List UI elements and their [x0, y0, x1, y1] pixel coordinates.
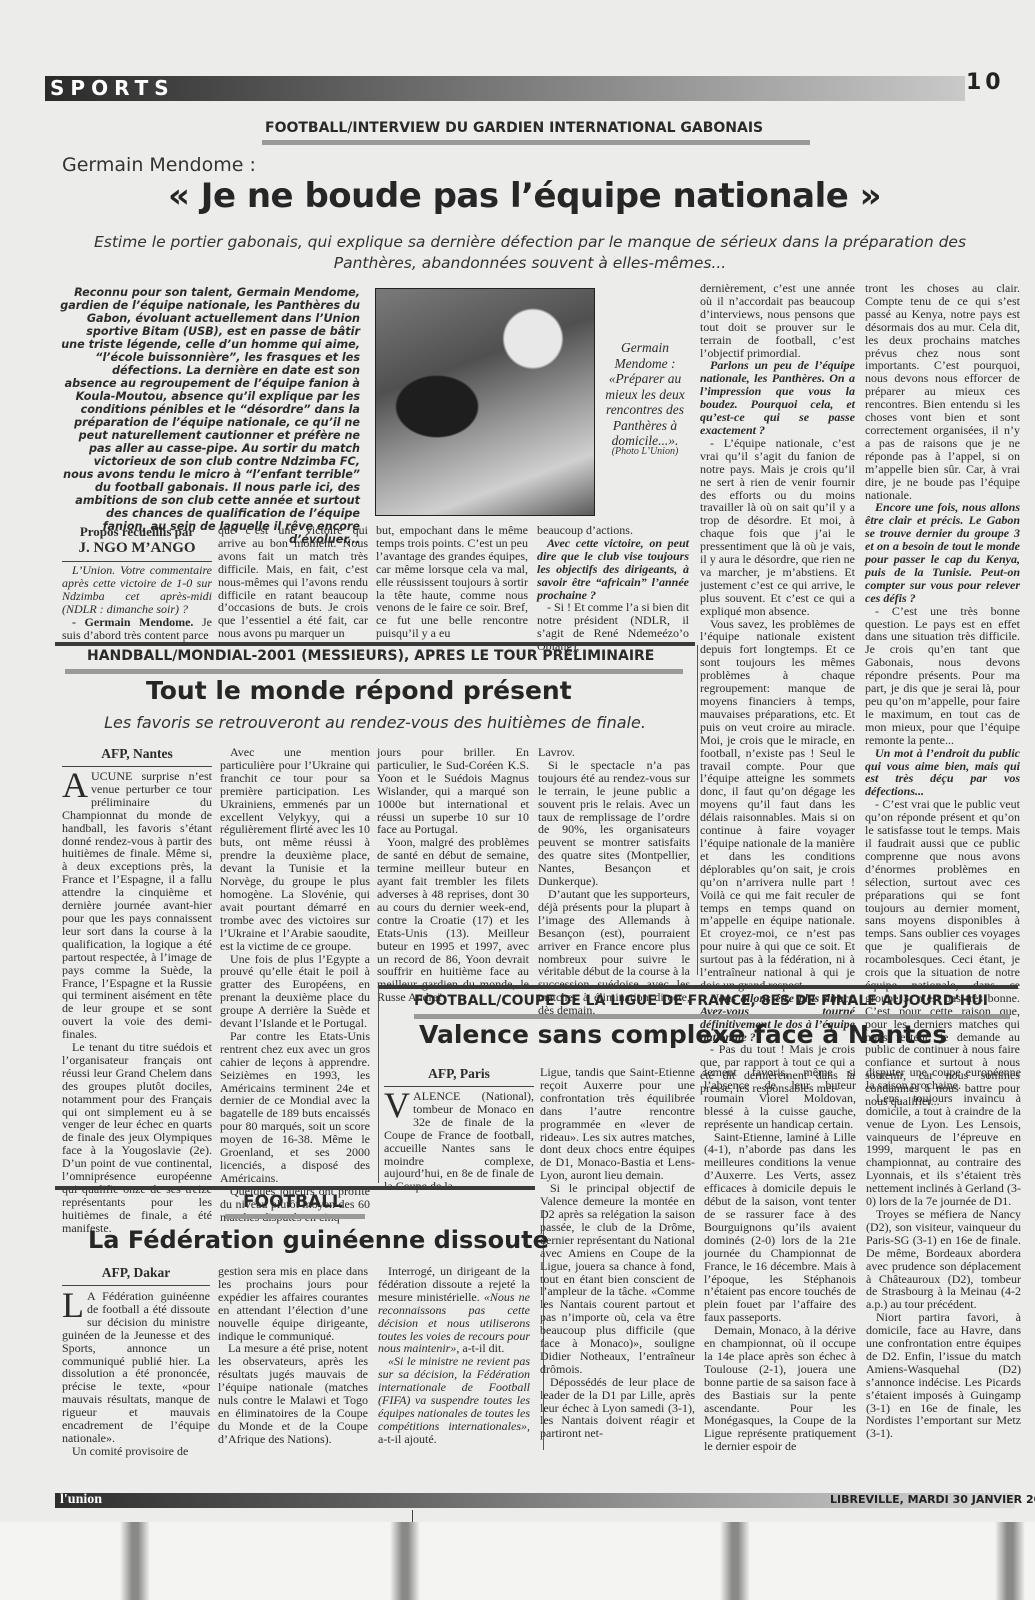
article3-column-2: Ligue, tandis que Saint-Etienne reçoit A…	[540, 1066, 695, 1440]
paragraph: gestion sera mis en place dans les proch…	[218, 1265, 368, 1342]
section-label: SPORTS	[50, 76, 175, 101]
article4-kicker-rule	[225, 1214, 365, 1219]
paragraph: UCUNE surprise n’est venue perturber ce …	[62, 769, 212, 1041]
interview-question: Avec cette victoire, on peut dire que le…	[537, 537, 689, 602]
paragraph: Demain, Monaco, à la dérive en championn…	[704, 1324, 856, 1453]
paragraph: Niort partira favori, à domicile, face a…	[866, 1311, 1021, 1440]
scanner-stripe	[390, 1522, 420, 1600]
article4-column-3: Interrogé, un dirigeant de la fédération…	[378, 1265, 530, 1446]
paragraph: Troyes se méfiera de Nancy (D2), son vis…	[866, 1208, 1021, 1311]
paragraph: Dépossédés de leur place de leader de la…	[540, 1376, 695, 1441]
article2-deck: Les favoris se retrouveront au rendez-vo…	[95, 713, 655, 732]
article1-column-4: beaucoup d’actions. Avec cette victoire,…	[537, 524, 689, 653]
article1-byline: Propos recueillis par J. NGO M’ANGO	[62, 524, 212, 562]
dropcap: L	[62, 1291, 84, 1319]
article1-chapo: Reconnu pour son talent, Germain Mendome…	[60, 286, 360, 546]
article2-top-rule	[55, 642, 695, 646]
paragraph: que c’est une victoire qui arrive au bon…	[218, 524, 368, 640]
paragraph: Un comité provisoire de	[62, 1445, 210, 1458]
article3-column-1: VALENCE (National), tombeur de Monaco en…	[384, 1090, 534, 1193]
interview-question: Un mot à l’endroit du public qui vous ai…	[865, 747, 1020, 799]
paragraph-end: , a-t-il dit.	[456, 1341, 504, 1355]
paragraph: Par contre les Etats-Unis rentrent chez …	[220, 1030, 370, 1185]
article1-headline: « Je ne boude pas l’équipe nationale »	[168, 176, 881, 216]
paragraph: Yoon, malgré des problèmes de santé en d…	[377, 836, 529, 1004]
page-number: 10	[966, 70, 1005, 95]
article3-column-4: disputer une coupe européenne la saison …	[866, 1066, 1021, 1440]
quote: «Si le ministre ne revient pas sur sa dé…	[378, 1354, 530, 1433]
paragraph: Vous savez, les problèmes de l’équipe na…	[700, 618, 855, 992]
paragraph: Si le principal objectif de Valence deme…	[540, 1182, 695, 1376]
article4-column-1: LA Fédération guinéenne de football a ét…	[62, 1290, 210, 1458]
paragraph: but, empochant dans le même temps trois …	[376, 524, 528, 640]
interview-question: Encore une fois, nous allons être clair …	[865, 501, 1020, 604]
article4-top-rule	[55, 1186, 535, 1190]
paragraph: beaucoup d’actions.	[537, 524, 689, 537]
article2-byline: AFP, Nantes	[62, 746, 212, 767]
article4-headline: La Fédération guinéenne dissoute	[88, 1226, 549, 1254]
article2-column-4: Lavrov. Si le spectacle n’a pas toujours…	[538, 746, 690, 1017]
paragraph: Avec une mention particulière pour l’Ukr…	[220, 746, 370, 953]
interview-question: Parlons un peu de l’équipe nationale, le…	[700, 359, 855, 436]
scanner-bed	[0, 1522, 1035, 1600]
article1-kicker-rule	[262, 140, 810, 145]
article1-deck: Estime le portier gabonais, qui explique…	[85, 232, 975, 274]
interview-answer: - C’est vrai que le public veut qu’on ré…	[865, 798, 1020, 1108]
newspaper-page: SPORTS 10 FOOTBALL/INTERVIEW DU GARDIEN …	[0, 0, 1035, 1525]
article2-column-2: Avec une mention particulière pour l’Ukr…	[220, 746, 370, 1224]
paragraph: dernièrement, c’est une année où il n’ac…	[700, 282, 855, 359]
article3-headline: Valence sans complexe face à Nantes	[419, 1020, 947, 1049]
byline-name: J. NGO M’ANGO	[62, 540, 212, 557]
article2-column-3: jours pour briller. En particulier, le S…	[377, 746, 529, 1004]
article4-column-2: gestion sera mis en place dans les proch…	[218, 1265, 368, 1446]
paragraph: La mesure a été prise, notent les observ…	[218, 1342, 368, 1445]
column-divider	[378, 988, 379, 1183]
article3-kicker: FOOTBALL/COUPE DE LA LIGUE DE FRANCE, 8E…	[414, 993, 988, 1009]
article4-kicker: FOOTBALL	[243, 1192, 343, 1212]
dropcap: A	[62, 771, 88, 799]
article2-headline: Tout le monde répond présent	[146, 676, 572, 705]
article3-kicker-rule	[414, 1014, 1010, 1019]
interview-question: L’Union. Votre commentaire après cette v…	[62, 564, 212, 616]
paragraph: Saint-Etienne, laminé à Lille (4-1), n’a…	[704, 1131, 856, 1325]
interview-answer: - C’est une très bonne question. Le pays…	[865, 605, 1020, 747]
article2-column-1: AUCUNE surprise n’est venue perturber ce…	[62, 770, 212, 1235]
article1-column-1: L’Union. Votre commentaire après cette v…	[62, 564, 212, 641]
scanner-stripe	[995, 1522, 1025, 1600]
article4-byline: AFP, Dakar	[62, 1265, 210, 1286]
article2-kicker-rule	[65, 669, 683, 674]
paragraph: tement favoris, même si l’absence de leu…	[704, 1066, 856, 1131]
article1-kicker: FOOTBALL/INTERVIEW DU GARDIEN INTERNATIO…	[265, 120, 763, 136]
section-header-band	[45, 76, 965, 101]
byline-prefix: Propos recueillis par	[62, 524, 212, 540]
scanner-stripe	[120, 1522, 150, 1600]
article1-column-3: but, empochant dans le même temps trois …	[376, 524, 528, 640]
photo-caption: Germain Mendome : «Préparer au mieux les…	[600, 340, 690, 449]
speaker-label: - Germain Mendome.	[72, 615, 193, 629]
article1-pretitle: Germain Mendome :	[62, 154, 256, 176]
paragraph: Si le spectacle n’a pas toujours été au …	[538, 759, 690, 888]
article3-byline: AFP, Paris	[384, 1066, 534, 1087]
goalkeeper-photo	[375, 288, 595, 516]
dropcap: V	[384, 1091, 410, 1119]
paragraph: Lens, toujours invaincu à domicile, a to…	[866, 1092, 1021, 1208]
photo-credit: (Photo L’Union)	[600, 446, 690, 457]
paragraph: Le tenant du titre suédois et l’organisa…	[62, 1041, 212, 1235]
article1-column-5: dernièrement, c’est une année où il n’ac…	[700, 282, 855, 1095]
paragraph: jours pour briller. En particulier, le S…	[377, 746, 529, 836]
interview-answer: - L’équipe nationale, c’est vrai qu’il s…	[700, 437, 855, 618]
article3-column-3: tement favoris, même si l’absence de leu…	[704, 1066, 856, 1453]
footer-dateline: LIBREVILLE, MARDI 30 JANVIER 2001	[830, 1493, 1035, 1506]
paragraph: Ligue, tandis que Saint-Etienne reçoit A…	[540, 1066, 695, 1182]
paragraph: disputer une coupe européenne la saison …	[866, 1066, 1021, 1092]
newspaper-logo: l'union	[60, 1492, 102, 1508]
article2-kicker: HANDBALL/MONDIAL-2001 (MESSIEURS), APRES…	[87, 648, 654, 664]
scanner-stripe	[720, 1522, 750, 1600]
paragraph: A Fédération guinéenne de football a été…	[62, 1289, 210, 1445]
paragraph: tront les choses au clair. Compte tenu d…	[865, 282, 1020, 501]
paragraph: Lavrov.	[538, 746, 690, 759]
article3-top-rule	[378, 985, 1018, 989]
article1-column-2: que c’est une victoire qui arrive au bon…	[218, 524, 368, 640]
paragraph: Une fois de plus l’Egypte a prouvé qu’el…	[220, 953, 370, 1030]
column-divider	[697, 645, 698, 975]
